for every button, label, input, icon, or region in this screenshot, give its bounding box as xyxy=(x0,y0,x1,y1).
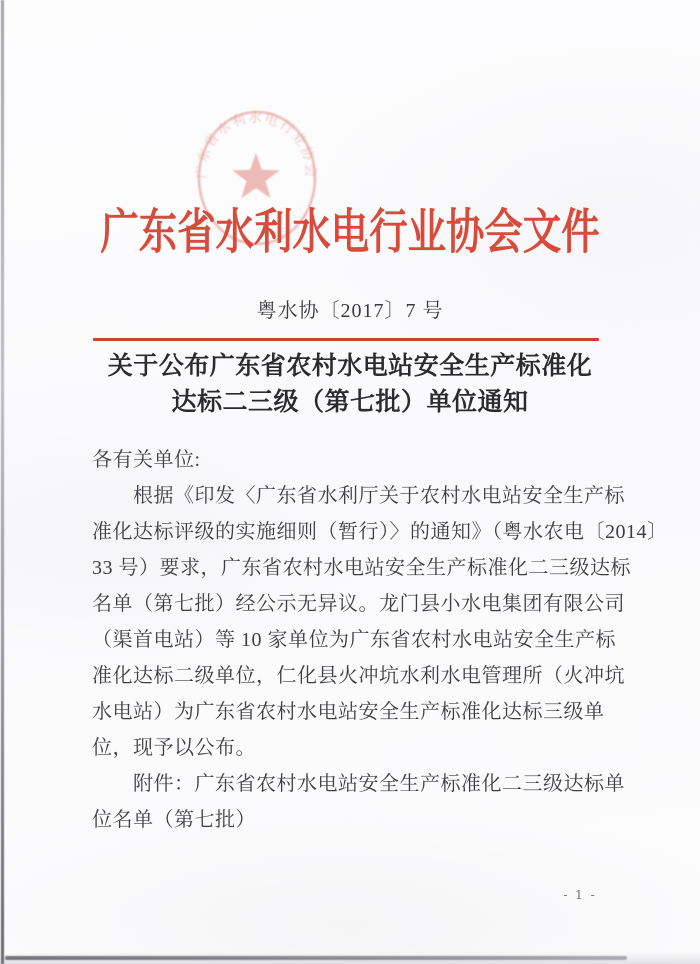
body-line: （渠首电站）等 10 家单位为广东省农村水电站安全生产标 xyxy=(92,622,602,658)
scan-edge-left xyxy=(1,0,4,964)
body-line: 附件：广东省农村水电站安全生产标准化二三级达标单 xyxy=(92,766,602,802)
body-line: 根据《印发〈广东省水利厅关于农村水电站安全生产标 xyxy=(92,478,602,514)
notice-title-line-2: 达标二三级（第七批）单位通知 xyxy=(0,385,700,421)
notice-title-line-1: 关于公布广东省农村水电站安全生产标准化 xyxy=(0,349,700,385)
body-line: 准化达标二级单位，仁化县火冲坑水利水电管理所（火冲坑 xyxy=(92,658,602,694)
letterhead-title: 广东省水利水电行业协会文件 xyxy=(70,202,630,264)
body-line: 水电站）为广东省农村水电站安全生产标准化达标三级单 xyxy=(92,694,602,730)
body-line: 33 号）要求，广东省农村水电站安全生产标准化二三级达标 xyxy=(92,550,602,586)
document-page: 广东省水利水电行业协会 广东省水利水电行业协会文件 粤水协〔2017〕7 号 关… xyxy=(0,0,700,964)
body-line: 准化达标评级的实施细则（暂行）〉的通知》（粤水农电〔2014〕 xyxy=(92,514,602,550)
body-line: 各有关单位: xyxy=(92,442,602,478)
body-line: 位，现予以公布。 xyxy=(92,730,602,766)
notice-title: 关于公布广东省农村水电站安全生产标准化 达标二三级（第七批）单位通知 xyxy=(0,349,700,421)
body-line: 名单（第七批）经公示无异议。龙门县小水电集团有限公司 xyxy=(92,586,602,622)
scan-edge-bottom-line xyxy=(5,956,627,960)
page-number: - 1 - xyxy=(552,888,608,902)
red-divider xyxy=(93,338,599,341)
star-icon xyxy=(232,153,280,198)
document-number: 粤水协〔2017〕7 号 xyxy=(0,294,700,323)
body-line: 位名单（第七批） xyxy=(92,802,602,838)
notice-body: 各有关单位:根据《印发〈广东省水利厅关于农村水电站安全生产标准化达标评级的实施细… xyxy=(92,442,602,838)
